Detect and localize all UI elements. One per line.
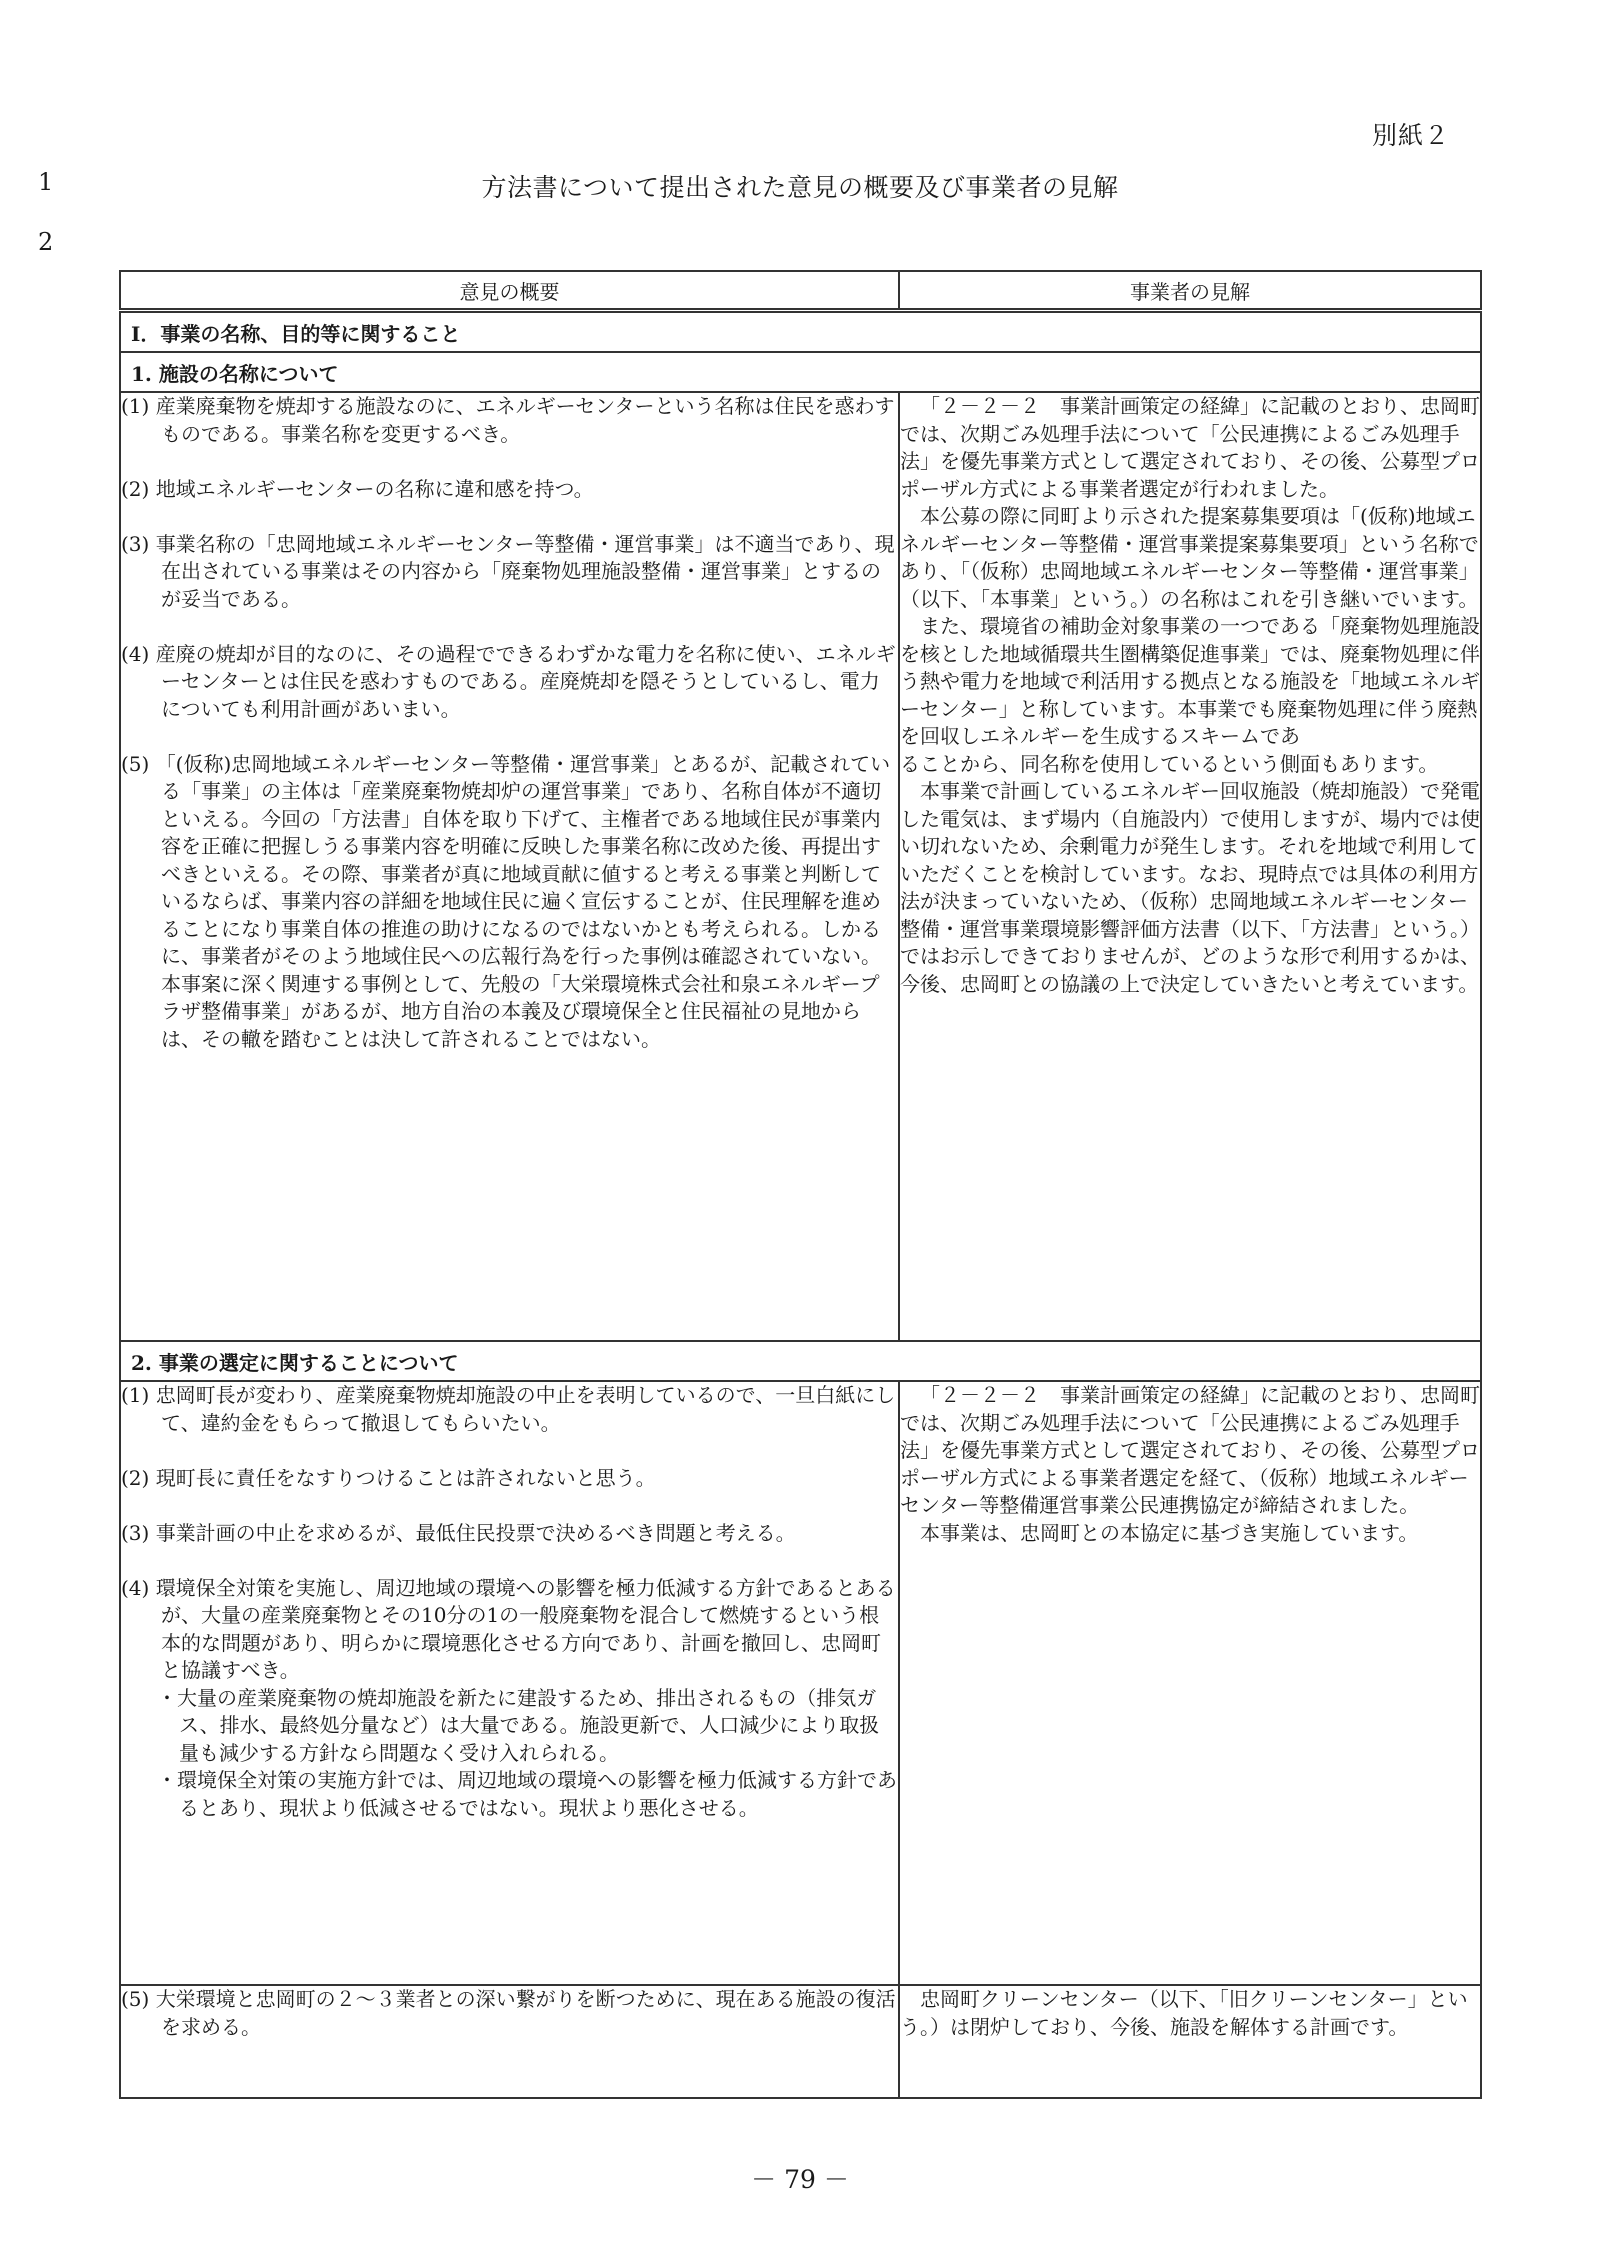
opinion-item: (1) 忠岡町長が変わり、産業廃棄物焼却施設の中止を表明しているので、一旦白紙に…: [121, 1382, 898, 1437]
opinion-cell: (1) 忠岡町長が変わり、産業廃棄物焼却施設の中止を表明しているので、一旦白紙に…: [120, 1381, 899, 1985]
opinion-item: (5) 大栄環境と忠岡町の２～３業者との深い繋がりを断つために、現在ある施設の復…: [121, 1986, 898, 2041]
opinion-cell: (1) 産業廃棄物を焼却する施設なのに、エネルギーセンターという名称は住民を惑わ…: [120, 392, 899, 1341]
opinion-item: (3) 事業名称の「忠岡地域エネルギーセンター等整備・運営事業」は不適当であり、…: [121, 531, 898, 614]
opinion-item: (4) 環境保全対策を実施し、周辺地域の環境への影響を極力低減する方針であるとあ…: [121, 1575, 898, 1685]
opinion-cell: (5) 大栄環境と忠岡町の２～３業者との深い繋がりを断つために、現在ある施設の復…: [120, 1985, 899, 2098]
response-paragraph: 「２－２－２ 事業計画策定の経緯」に記載のとおり、忠岡町では、次期ごみ処理手法に…: [900, 393, 1480, 503]
table-row: (1) 産業廃棄物を焼却する施設なのに、エネルギーセンターという名称は住民を惑わ…: [120, 392, 1481, 1341]
table-row: (1) 忠岡町長が変わり、産業廃棄物焼却施設の中止を表明しているので、一旦白紙に…: [120, 1381, 1481, 1985]
response-paragraph: 本事業で計画しているエネルギー回収施設（焼却施設）で発電した電気は、まず場内（自…: [900, 778, 1480, 998]
section-heading-2: 2. 事業の選定に関することについて: [120, 1341, 1481, 1381]
line-number-2: 2: [38, 228, 53, 256]
table-row: (5) 大栄環境と忠岡町の２～３業者との深い繋がりを断つために、現在ある施設の復…: [120, 1985, 1481, 2098]
response-cell: 「２－２－２ 事業計画策定の経緯」に記載のとおり、忠岡町では、次期ごみ処理手法に…: [899, 392, 1481, 1341]
opinion-item: (2) 地域エネルギーセンターの名称に違和感を持つ。: [121, 476, 898, 504]
response-paragraph: また、環境省の補助金対象事業の一つである「廃棄物処理施設を核とした地域循環共生圏…: [900, 613, 1480, 751]
section-row: 2. 事業の選定に関することについて: [120, 1341, 1481, 1381]
response-paragraph: 忠岡町クリーンセンター（以下、「旧クリーンセンター」という。）は閉炉しており、今…: [900, 1986, 1480, 2041]
response-paragraph: ることから、同名称を使用しているという側面もあります。: [900, 751, 1480, 779]
opinion-item: (3) 事業計画の中止を求めるが、最低住民投票で決めるべき問題と考える。: [121, 1520, 898, 1548]
opinion-response-table: 意見の概要 事業者の見解 Ⅰ．事業の名称、目的等に関すること 1. 施設の名称に…: [119, 270, 1482, 2099]
chapter-row: Ⅰ．事業の名称、目的等に関すること: [120, 311, 1481, 353]
opinion-bullet: ・環境保全対策の実施方針では、周辺地域の環境への影響を極力低減する方針であるとあ…: [121, 1767, 898, 1822]
response-paragraph: 本事業は、忠岡町との本協定に基づき実施しています。: [900, 1520, 1480, 1548]
header-opinion-summary: 意見の概要: [120, 271, 899, 311]
chapter-heading: Ⅰ．事業の名称、目的等に関すること: [120, 311, 1481, 353]
table-header-row: 意見の概要 事業者の見解: [120, 271, 1481, 311]
document-title: 方法書について提出された意見の概要及び事業者の見解: [0, 168, 1600, 204]
opinion-item: (2) 現町長に責任をなすりつけることは許されないと思う。: [121, 1465, 898, 1493]
attachment-label: 別紙２: [1372, 116, 1450, 152]
response-cell: 忠岡町クリーンセンター（以下、「旧クリーンセンター」という。）は閉炉しており、今…: [899, 1985, 1481, 2098]
response-paragraph: 本公募の際に同町より示された提案募集要項は「(仮称)地域エネルギーセンター等整備…: [900, 503, 1480, 613]
section-row: 1. 施設の名称について: [120, 352, 1481, 392]
opinion-item: (4) 産廃の焼却が目的なのに、その過程でできるわずかな電力を名称に使い、エネル…: [121, 641, 898, 724]
opinion-bullet: ・大量の産業廃棄物の焼却施設を新たに建設するため、排出されるもの（排気ガス、排水…: [121, 1685, 898, 1768]
response-cell: 「２－２－２ 事業計画策定の経緯」に記載のとおり、忠岡町では、次期ごみ処理手法に…: [899, 1381, 1481, 1985]
opinion-item: (5) 「(仮称)忠岡地域エネルギーセンター等整備・運営事業」とあるが、記載され…: [121, 751, 898, 1054]
response-paragraph: 「２－２－２ 事業計画策定の経緯」に記載のとおり、忠岡町では、次期ごみ処理手法に…: [900, 1382, 1480, 1520]
page-number: － 79 －: [0, 2160, 1600, 2196]
header-business-response: 事業者の見解: [899, 271, 1481, 311]
section-heading-1: 1. 施設の名称について: [120, 352, 1481, 392]
opinion-item: (1) 産業廃棄物を焼却する施設なのに、エネルギーセンターという名称は住民を惑わ…: [121, 393, 898, 448]
